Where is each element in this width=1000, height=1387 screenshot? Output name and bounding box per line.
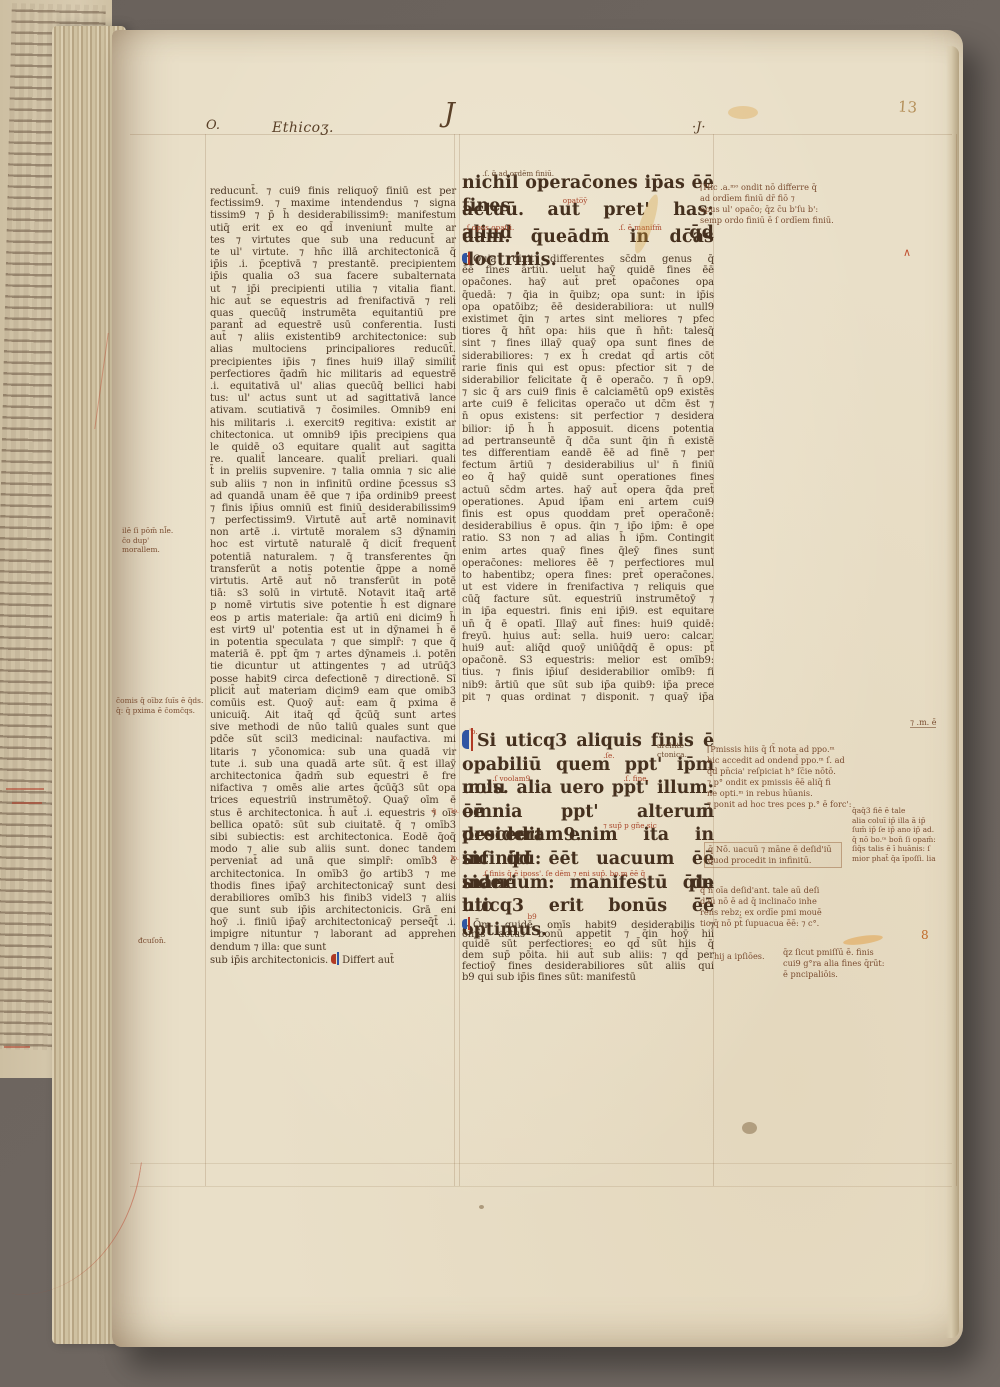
- text-line: his militaris .i. exercit9 regitiva: exi…: [210, 418, 456, 430]
- text-line: ip̄is .i. p̄ceptivā ⁊ prestantē. precipi…: [210, 259, 456, 271]
- margin-note-right-top: ⌈Hic .a.ᵐᵒ ondit nō differre q̄ad ordīem…: [700, 182, 905, 226]
- text-line: hic aut̄ se equestris ad frenifactivā ⁊ …: [210, 296, 456, 308]
- text-line: comūis est. Quoȳ aut̄: eam q̄ pxima ē: [210, 698, 456, 710]
- text-line: hui9 aut̄: aliq̄d quoȳ uniūq̄dq̄ ē opus:…: [462, 643, 714, 655]
- interlinear-gloss: .ſ voolam9: [492, 775, 530, 782]
- text-line: d'iū nō ē ad q̄ inclinac̄o inhe: [700, 896, 850, 907]
- lemma-line: .ſ voolam9.ſ. fine.mus. alia uero ppt' i…: [462, 777, 714, 801]
- text-line: parant̄ ad equestrē usū conferentia. Ius…: [210, 320, 456, 332]
- text-line: tus: ul' actus sunt ut ad sagittativā la…: [210, 393, 456, 405]
- text-line: tes differentiam eandē ēē ad finē ⁊ per: [462, 448, 714, 460]
- text-line: ēē fines ārtiū. uelut haȳ quidē fines ēē: [462, 265, 714, 277]
- text-line: to habentibz; opera fines: pret̄ operac̄…: [462, 570, 714, 582]
- margin-note-premissis: ⌈Pmissis hiis q̄ ſt̄ nota ad ppo.ᵐhic ac…: [707, 744, 857, 810]
- text-line: ⁊ ponit ad hoc tres pces p.° ē forc':: [707, 799, 857, 810]
- text-line: p nomē virtutis sive potentie h̄ est dig…: [210, 600, 456, 612]
- text-line: opus ul' opac̄o; q̄z c̄u b'ſu b':: [700, 204, 905, 215]
- margin-label: hij a ipſiōes.: [714, 951, 765, 961]
- text-line: reducunt̄. ⁊ cui9 finis reliquoȳ finiū e…: [210, 186, 456, 198]
- text-line: operac̄ones: meliores ēē ⁊ perfectiores …: [462, 558, 714, 570]
- text-line: fectum ārtiū ⁊ desiderabilius ul' n̄ fin…: [462, 460, 714, 472]
- text-line: ut ⁊ ip̄i precipienti utilia ⁊ vitalia f…: [210, 284, 456, 296]
- text-line: chitectonica. ut omnib9 ip̄is precipiens…: [210, 430, 456, 442]
- text-line: ⁊ p° ondit ex pmissis ēē aliq̄ fi: [707, 777, 857, 788]
- text-line: bellica opatō: sūt sub ciuitatē. q̄ ⁊ om…: [210, 820, 456, 832]
- text-line: eos p artis materiale: q̄a artiū eni dic…: [210, 613, 456, 625]
- text-line: unicuiq̄. Ait itaq̄ qd̄ q̄cūq̄ sunt arte…: [210, 710, 456, 722]
- text-line: ad pertranseuntē q̄ dc̄a sunt q̄in n̄ ex…: [462, 436, 714, 448]
- text-line: virtutis. Artē aut̄ nō transferūt in pot…: [210, 576, 456, 588]
- manuscript-photo: O. Ethicoʒ. J ·J· 13 reducunt̄. ⁊ cui9 f…: [0, 0, 1000, 1387]
- ruling-line: [130, 1163, 952, 1164]
- text-line: ut est videre in frenifactiva ⁊ reliquis…: [462, 582, 714, 594]
- text-line: ⁊ perfectissim9. Virtutē aut̄ artē nomin…: [210, 515, 456, 527]
- red-rubric-fragment: [12, 802, 42, 804]
- red-rubric-fragment: [6, 788, 44, 790]
- text-line: sibi subiectis: est architectonica. Eodē…: [210, 832, 456, 844]
- ruling-line: [130, 134, 952, 135]
- text-line: ſum̄ ip̄ ſe ip̄ ano ip̄ ad.: [852, 825, 964, 835]
- text-line: ad ordīem finiū dr̄ fiō ⁊: [700, 193, 905, 204]
- text-line: derabiliores omīb3 his finib3 videl3 ⁊ a…: [210, 893, 456, 905]
- under-leaf-edge: [946, 46, 959, 1338]
- text-line: morallem.: [122, 545, 207, 555]
- ruling-line: [956, 134, 957, 1186]
- text-line: tio q̄ nō pt̄ ſupuacua ēē: ⁊ c°.: [700, 918, 850, 929]
- lemma-line: q̄ īo.sic q̄d ēēt uacuum ēē inane de: [462, 848, 714, 872]
- ruling-line: [130, 1186, 952, 1187]
- margin-mark: ⁊ .m. ē: [910, 718, 936, 728]
- text-line: b9 qui sub ip̄is fines sūt: manifestū: [462, 973, 714, 984]
- text-line: ⁊ finis ip̄ius omniū est finiū desiderab…: [210, 503, 456, 515]
- text-line: q̄ Nō. uacuū ⁊ māne ē deſid'iū: [708, 844, 838, 855]
- interlinear-gloss: .ſ opus opatū.: [465, 224, 515, 231]
- red-rubric-fragment: [4, 1046, 30, 1048]
- margin-note-small: đcuſon̄.: [138, 936, 166, 945]
- margin-note-continuation: q̄aq̄3 fiē ē talealia coluī ip̄ illa ā i…: [852, 806, 964, 864]
- text-line: re. qualit̄ lanceare. qualit̄ preliari. …: [210, 454, 456, 466]
- text-line: bilior: ip̄ h̄ h̄ apposuit. dicens poten…: [462, 424, 714, 436]
- text-line: opac̄ones. haȳ aut̄ pret̄ opac̄ones opa: [462, 277, 714, 289]
- text-line: architectonica. In omīb3 ḡo artib3 ⁊ me: [210, 869, 456, 881]
- text-line: trices equestriū instrumētoȳ. Quaȳ oīm ē: [210, 795, 456, 807]
- text-line: plicit̄ aut̄ materiam dicim9 eam que omi…: [210, 686, 456, 698]
- text-line: pit ⁊ quas ordinat ⁊ disponit. ⁊ quaȳ ip…: [462, 692, 714, 704]
- margin-note-virtus: ilē ſi pōm̄ nl̄e.c̄o dup'morallem.: [122, 526, 207, 555]
- text-line: q̄uedā: ⁊ q̄ia in q̄uibz; opa sunt: in i…: [462, 290, 714, 302]
- text-line: perveniat̄ ad unā que simplr̄: omīb3 ē: [210, 856, 456, 868]
- text-line: sive methodi de nūo taliū quales sunt qu…: [210, 722, 456, 734]
- text-line: ne opti.ᵐ in rebus hūanis.: [707, 788, 857, 799]
- text-line: nib9: ārtiū que sūt sub ip̄a quib9: ip̄a…: [462, 680, 714, 692]
- folio-number: 13: [897, 97, 917, 116]
- text-line: opa opatōibz; ēē desiderabiliora: ut nul…: [462, 302, 714, 314]
- quire-mark-right: ·J·: [692, 120, 705, 135]
- text-line: q̄d pn̄cia' reſpiciat h° ſc̄ie nōtō.: [707, 766, 857, 777]
- lemma-line: .ſ. q̄ ad ordēm finiū.nichil operac̄ones…: [462, 172, 714, 199]
- text-line: hoc est virtutē naturalē q̄ dicit̄ frequ…: [210, 539, 456, 551]
- text-line: que sunt sub ip̄is architectonicis. Grā …: [210, 905, 456, 917]
- ruling-line: [205, 134, 206, 1186]
- text-line: te ul' virtute. ⁊ hn̄c illā architectoni…: [210, 247, 456, 259]
- text-line: q̄: q̄ pxima ē c̄omc̄qs.: [116, 706, 221, 716]
- text-line: stus ē architectonica. h̄ aut̄ .i. eques…: [210, 808, 456, 820]
- text-line: eo q̄ haȳ quidē sunt operationes fines: [462, 472, 714, 484]
- interlinear-gloss: .ſ. fine.: [623, 775, 648, 782]
- text-line: ſiq̄s talis ē ī huānis: ſ: [852, 844, 964, 854]
- margin-note-nota-vacuum: q̄ Nō. uacuū ⁊ māne ē deſid'iūquod proce…: [705, 843, 841, 867]
- text-line: ad quandā unam ēē que ⁊ ip̄a ordinib9 pr…: [210, 491, 456, 503]
- text-line: finis est opus quoddam pret̄ operac̄onē:: [462, 509, 714, 521]
- text-line: arte cui9 ē felicitas operac̄o ut dc̄m ē…: [462, 399, 714, 411]
- interlinear-gloss: q̄ īo.: [432, 808, 459, 815]
- interlinear-gloss: .ſ. q̄ ad ordēm finiū.: [482, 170, 554, 177]
- text-line: tute .i. sub una quadā arte sūt. q̄ est …: [210, 759, 456, 771]
- text-line: ⌈Pmissis hiis q̄ ſt̄ nota ad ppo.ᵐ: [707, 744, 857, 755]
- stain: [742, 1122, 757, 1134]
- text-line: non artē .i. virtutē moralem s3 dȳnamin: [210, 527, 456, 539]
- text-line: alia coluī ip̄ illa ā ip̄: [852, 816, 964, 826]
- margin-note-communis: c̄omis q̄ oībz ſuīs ē q̄ds.q̄: q̄ pxima …: [116, 696, 221, 715]
- margin-number: 8: [921, 928, 929, 942]
- text-line: cui9 g°ra alia fines q̄rūt:: [783, 958, 908, 969]
- text-line: ativam. scutiativā ⁊ c̄osimiles. Omnib9 …: [210, 405, 456, 417]
- text-line: un̄ q̄ ē opatī. Illaȳ aut̄ fines: hui9 q…: [462, 619, 714, 631]
- text-line: n̄ opus existens: sit perfectior ⁊ desid…: [462, 411, 714, 423]
- stain: [728, 106, 758, 119]
- text-line: hoȳ .i. finiū ip̄aȳ architectonicaȳ pers…: [210, 917, 456, 929]
- text-line: opac̄onē. S3 equestris: melior est omīb9…: [462, 655, 714, 667]
- text-line: semp ordo finiū ē ſ ordīem finiū.: [700, 215, 905, 226]
- lemma-line: .ſ finis q̄ ē iposs'. ſe dēm ⁊ eni sup̄.…: [462, 872, 714, 896]
- text-line: Quia dixit differentes sc̄dm genus q̄: [462, 253, 714, 265]
- text-line: hic accedit ad ondend̄ ppo.ᵐ ſ. ad: [707, 755, 857, 766]
- text-line: tiores q̄ hn̄t opa: hiis que n̄ hn̄t: ta…: [462, 326, 714, 338]
- text-line: est virt9 ul' potentia est ut in dȳnamei…: [210, 625, 456, 637]
- text-line: tissim9 ⁊ p̄ h̄ desiderabilissim9: manif…: [210, 210, 456, 222]
- text-line: transferūt a notis potentie q̄ppe a nomē: [210, 564, 456, 576]
- text-line: utiq̄ erit ex eo qd̄ inveniunt̄ multe ar: [210, 223, 456, 235]
- text-line: desiderabilius ē opus. q̄in ⁊ ip̄o ip̄m:…: [462, 521, 714, 533]
- text-line: le quidē o3 equitare qualit̄ aut̄ sagitt…: [210, 442, 456, 454]
- text-line: actuū sc̄dm artes. haȳ aut̄ opera q̄da p…: [462, 485, 714, 497]
- text-line: sint ⁊ fines illaȳ quaȳ opa sunt fines d…: [462, 338, 714, 350]
- text-line: litaris ⁊ yc̄onomica: sub una quadā vir: [210, 747, 456, 759]
- interlinear-gloss: q̄ īo.: [432, 855, 459, 862]
- text-line: modo ⁊ alie sub aliis sunt. donec tandem: [210, 844, 456, 856]
- paraph-mark: [462, 253, 471, 263]
- text-line: ⁊ sic q̄ ars cui9 finis ē calciamētū op9…: [462, 387, 714, 399]
- text-line: pdc̄e sūt scil3 medicinal: naufactiva. m…: [210, 734, 456, 746]
- text-line: in ip̄a equestri. finis eni ip̄i9. est e…: [462, 606, 714, 618]
- text-line: sub ip̄is architectonicis. Differt aut̄: [210, 954, 456, 966]
- lemma-line: uticq3 erit bonūs ēē optimus.: [462, 895, 714, 919]
- text-line: cūq̄ facture sūt. equestriū instrumētoȳ …: [462, 594, 714, 606]
- text-line: enim artes quaȳ fines q̄leȳ fines sunt: [462, 546, 714, 558]
- text-line: tie dicuntur ut attingentes ⁊ ad utrūq̄3: [210, 661, 456, 673]
- interlinear-gloss: .ſe.: [603, 752, 614, 759]
- text-line: .i. equitativā ul' alias quecūq̄ bellici…: [210, 381, 456, 393]
- text-line: fectissim9. ⁊ maxime intendendus ⁊ signa: [210, 198, 456, 210]
- text-line: q̄ n̄ oīa deſid'ant. tale aū deſi: [700, 885, 850, 896]
- text-line: ⌈Hic .a.ᵐᵒ ondit nō differre q̄: [700, 182, 905, 193]
- text-line: ilē ſi pōm̄ nl̄e.: [122, 526, 207, 536]
- ruling-line: [459, 134, 460, 1186]
- interlinear-gloss: opato̅ȳ: [563, 197, 588, 204]
- text-line: siderabiliores: ⁊ ex h̄ credat qd̄ artis…: [462, 351, 714, 363]
- text-line: operationes. Apud ip̄am eni artem cui9: [462, 497, 714, 509]
- text-line: q̄z ſicut pmiſſū ē. finis: [783, 947, 908, 958]
- text-line: architectonica q̄adm̄ sub equestri ē fre: [210, 771, 456, 783]
- text-line: c̄omis q̄ oībz ſuīs ē q̄ds.: [116, 696, 221, 706]
- paraph-mark: [331, 954, 340, 964]
- text-line: q̄aq̄3 fiē ē tale: [852, 806, 964, 816]
- text-line: quod procedit in infinitū.: [708, 855, 838, 866]
- text-line: tes ⁊ virtutes que sub una reducunt̄ ar: [210, 235, 456, 247]
- text-line: mior phat̄ q̄a īpoſſi. lia: [852, 854, 964, 864]
- text-line: ē pncipaliōis.: [783, 969, 908, 980]
- architectonica-gloss: archite ctonica.: [657, 741, 711, 759]
- text-line: dendum ⁊ illa: que sunt: [210, 942, 456, 954]
- text-line: ip̄is qualia o3 sua facere subalternata: [210, 271, 456, 283]
- text-line: nifactiva ⁊ omēs alie artes q̄cūq̄3 sūt …: [210, 783, 456, 795]
- text-line: quas quecūq̄ instrumēta equitantiū pre: [210, 308, 456, 320]
- text-line: potentiā naturalem. ⁊ q̄ transferentes q…: [210, 552, 456, 564]
- text-line: precipientes ip̄is ⁊ fines hui9 illaȳ si…: [210, 357, 456, 369]
- text-line: q̄ nō bo.ᵐ bon̄ ſi opam̄:: [852, 835, 964, 845]
- lemma-line: .ſ opus opatū..ſ. ē manifm̄dam. q̄ueādm̄…: [462, 226, 714, 253]
- lemma-line: opato̅ȳactuū. aut pret' has: aliud q̄d: [462, 199, 714, 226]
- text-line: tiā: s3 solū in virtutē. Notavit itaq̄ a…: [210, 588, 456, 600]
- paraph-mark: [462, 730, 475, 749]
- interlinear-gloss: ⁊ sup̄ p gn̄e sic: [603, 822, 657, 829]
- text-line: in potentia speculata ⁊ que simplr̄: ⁊ q…: [210, 637, 456, 649]
- paraph-mark: [462, 919, 471, 929]
- text-line: c̄o dup': [122, 536, 207, 546]
- lemma-line: q̄ īo.omnia ppt' alterum desideram9.: [462, 801, 714, 825]
- text-line: rens rebz; ex ordīe pmi mouē: [700, 907, 850, 918]
- stain: [479, 1205, 484, 1209]
- text-line: alias multociens principaliores reducūt̄…: [210, 344, 456, 356]
- margin-note-finis: q̄z ſicut pmiſſū ē. finiscui9 g°ra alia …: [783, 947, 908, 980]
- text-line: posse habit9 circa defectionē ⁊ directio…: [210, 674, 456, 686]
- red-caret-mark: ∧: [903, 246, 911, 259]
- text-line: sub aliis ⁊ non in infinitū ordine p̄ces…: [210, 479, 456, 491]
- lemma-line: ⁊ sup̄ p gn̄e sicprocedit enim ita in in…: [462, 824, 714, 848]
- text-line: thodis fines ip̄aȳ architectonicaȳ sunt …: [210, 881, 456, 893]
- header-mark: O.: [206, 118, 220, 133]
- margin-note-inclinatio: q̄ n̄ oīa deſid'ant. tale aū deſid'iū nō…: [700, 885, 850, 929]
- text-line: freyū. huius aut̄: sella. hui9 uero: cal…: [462, 631, 714, 643]
- text-line: tius. ⁊ finis ip̄iuſ desiderabilior omīb…: [462, 667, 714, 679]
- text-line: t̄ in preliis supvenire. ⁊ talia omnia ⁊…: [210, 466, 456, 478]
- text-line: existimet q̄in ⁊ artes sint meliores ⁊ p…: [462, 314, 714, 326]
- right-text-column: .ſ. q̄ ad ordēm finiū.nichil operac̄ones…: [462, 172, 714, 984]
- text-line: rarie finis qui est opus: pfectior sit ⁊…: [462, 363, 714, 375]
- quire-mark-center: J: [444, 98, 455, 129]
- text-line: impigre nituntur ⁊ laborant ad apprehen: [210, 929, 456, 941]
- text-line: materiā ē. ppt̄ q̄m ⁊ artes dȳnameis .i.…: [210, 649, 456, 661]
- running-title: Ethicoʒ.: [272, 120, 334, 136]
- text-line: aut̄ ⁊ aliis existentib9 architectonice:…: [210, 332, 456, 344]
- interlinear-gloss: .ſ finis q̄ ē iposs'. ſe dēm ⁊ eni sup̄.…: [482, 870, 645, 877]
- left-text-column: reducunt̄. ⁊ cui9 finis reliquoȳ finiū e…: [210, 186, 456, 966]
- text-line: perfectiores q̄adm̄ hic militaris ad equ…: [210, 369, 456, 381]
- interlinear-gloss: b9: [528, 913, 537, 920]
- text-line: ratio. S3 non ⁊ ad alias h̄ ip̄m. Contin…: [462, 533, 714, 545]
- text-line: siderabilior felicitate q̄ ē operac̄o. ⁊…: [462, 375, 714, 387]
